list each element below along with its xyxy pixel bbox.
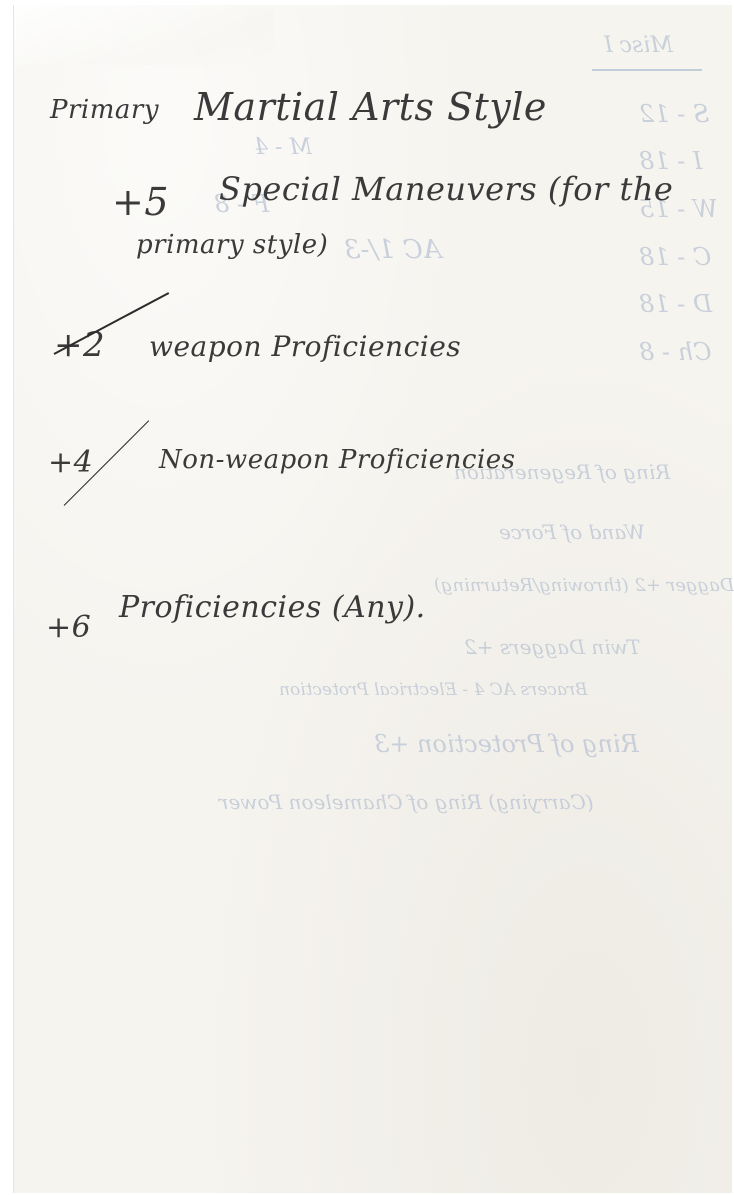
ghost-stat: Ch - 8 xyxy=(639,338,711,366)
ghost-stat: D - 18 xyxy=(639,290,712,318)
line2-count: +5 xyxy=(112,180,169,224)
line-primary-label: Primary xyxy=(50,95,159,125)
ghost-stat: S - 12 xyxy=(639,100,709,128)
ghost-item: Ring of Protection +3 xyxy=(374,730,639,758)
ghost-item: Twin Daggers +2 xyxy=(464,635,640,659)
line6-text: Proficiencies (Any). xyxy=(119,590,426,625)
ghost-item: Bracers AC 4 - Electrical Protection xyxy=(279,680,588,700)
line5-count: +4 xyxy=(48,445,93,480)
line5-text: Non-weapon Proficiencies xyxy=(159,445,516,475)
ghost-item: Dagger +2 (throwing/Returning) xyxy=(434,575,734,596)
ghost-middle: M - 4 xyxy=(254,135,312,160)
ghost-item: Wand of Force xyxy=(499,520,645,544)
line-martial-arts-style: Martial Arts Style xyxy=(194,85,547,129)
line2-text: Special Maneuvers (for the xyxy=(219,170,673,208)
line6-count: +6 xyxy=(46,610,91,645)
ghost-header: Misc I xyxy=(604,33,673,58)
ghost-item: (Carrying) Ring of Chameleon Power xyxy=(219,790,594,814)
paper-fold-shadow xyxy=(14,5,274,65)
line3-text: primary style) xyxy=(136,230,328,260)
line4-text: weapon Proficiencies xyxy=(149,330,461,363)
paper-sheet: Misc I S - 12 I - 18 W - 15 C - 18 D - 1… xyxy=(14,5,732,1193)
ghost-middle: AC 1/-3 xyxy=(344,235,442,265)
ghost-stat: C - 18 xyxy=(639,243,711,271)
ghost-header-rule xyxy=(592,69,702,71)
